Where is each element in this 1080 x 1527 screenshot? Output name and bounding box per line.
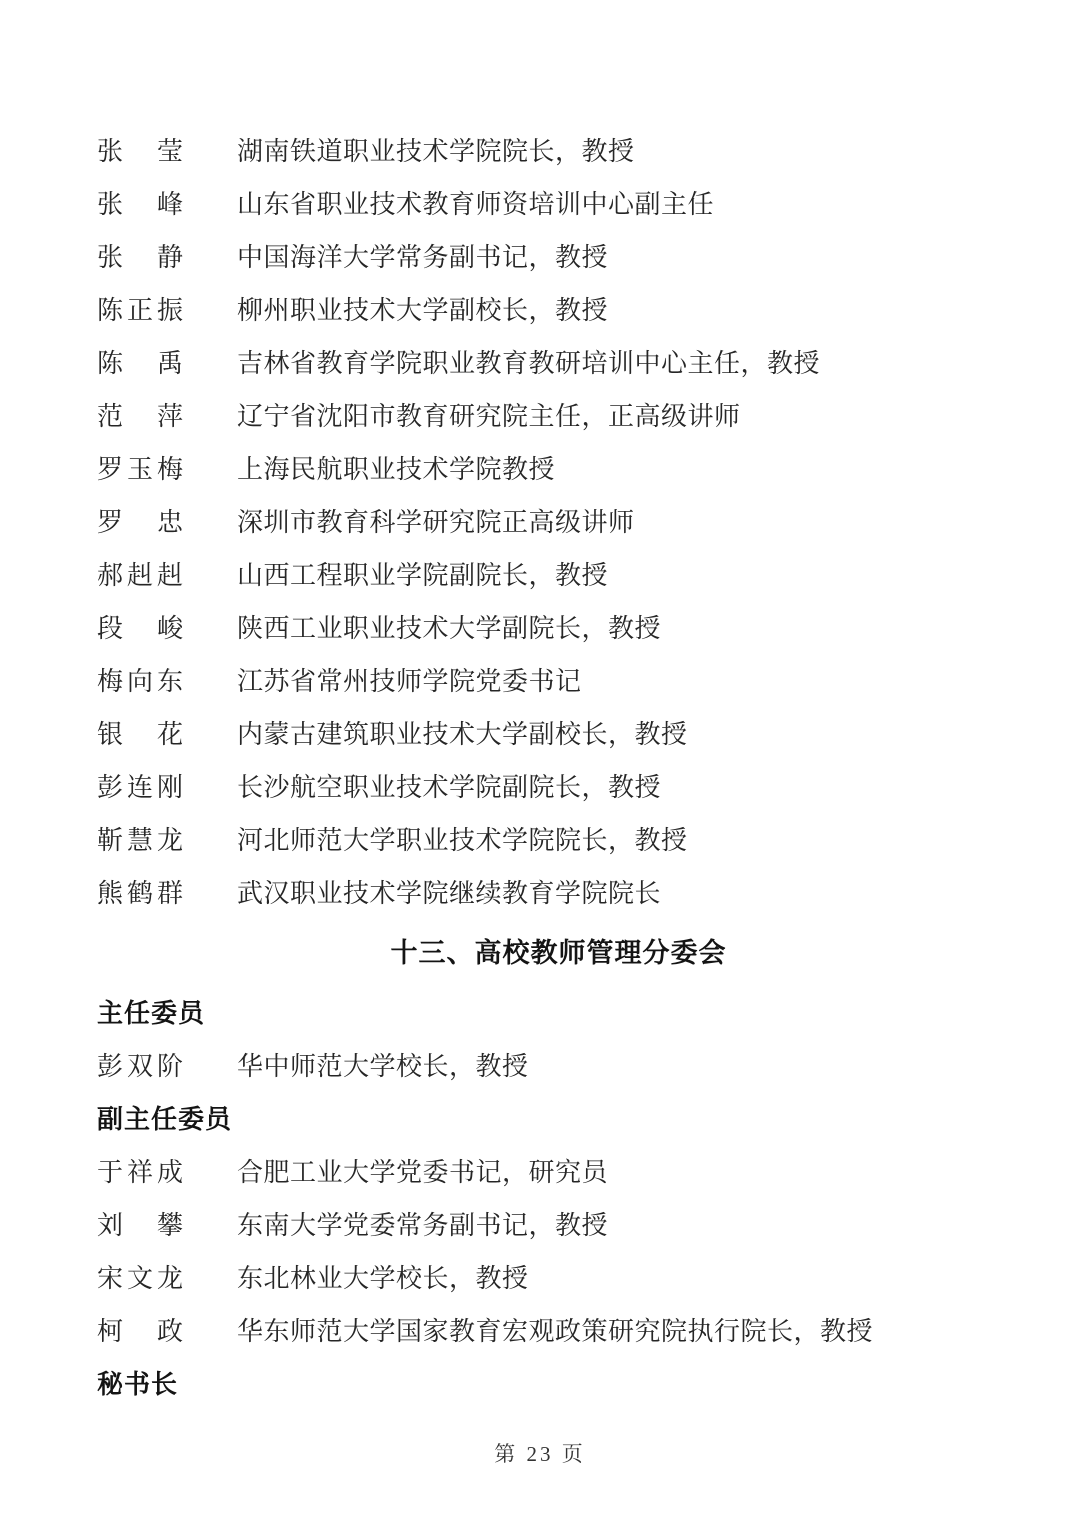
page-number: 第 23 页 — [0, 1438, 1080, 1468]
member-row: 罗 忠 深圳市教育科学研究院正高级讲师 — [97, 494, 1020, 547]
member-row: 靳慧龙 河北师范大学职业技术学院院长，教授 — [97, 812, 1020, 865]
member-row: 彭连刚 长沙航空职业技术学院副院长，教授 — [97, 759, 1020, 812]
group-heading-row: 秘书长 — [97, 1356, 1020, 1409]
member-name: 张 静 — [97, 237, 183, 274]
member-title: 合肥工业大学党委书记，研究员 — [237, 1152, 608, 1189]
member-title: 武汉职业技术学院继续教育学院院长 — [237, 873, 661, 910]
group-heading-row: 主任委员 — [97, 985, 1020, 1038]
member-title: 江苏省常州技师学院党委书记 — [237, 661, 582, 698]
member-title: 湖南铁道职业技术学院院长，教授 — [237, 131, 635, 168]
member-name: 罗玉梅 — [97, 449, 183, 486]
member-name: 彭双阶 — [97, 1046, 183, 1083]
continued-member-list: 张 莹 湖南铁道职业技术学院院长，教授 张 峰 山东省职业技术教育师资培训中心副… — [97, 123, 1020, 918]
member-title: 山西工程职业学院副院长，教授 — [237, 555, 608, 592]
section-title-row: 十三、高校教师管理分委会 — [97, 924, 1020, 977]
member-title: 华中师范大学校长，教授 — [237, 1046, 529, 1083]
member-name: 熊鹤群 — [97, 873, 183, 910]
member-row: 陈 禹 吉林省教育学院职业教育教研培训中心主任，教授 — [97, 335, 1020, 388]
member-title: 中国海洋大学常务副书记，教授 — [237, 237, 608, 274]
committee-group: 秘书长 — [97, 1356, 1020, 1409]
member-row: 柯 政 华东师范大学国家教育宏观政策研究院执行院长，教授 — [97, 1303, 1020, 1356]
committee-group: 主任委员 彭双阶 华中师范大学校长，教授 — [97, 985, 1020, 1091]
member-title: 陕西工业职业技术大学副院长，教授 — [237, 608, 661, 645]
member-row: 张 莹 湖南铁道职业技术学院院长，教授 — [97, 123, 1020, 176]
member-title: 山东省职业技术教育师资培训中心副主任 — [237, 184, 714, 221]
group-heading-row: 副主任委员 — [97, 1091, 1020, 1144]
group-heading: 主任委员 — [97, 993, 205, 1030]
member-row: 彭双阶 华中师范大学校长，教授 — [97, 1038, 1020, 1091]
member-row: 陈正振 柳州职业技术大学副校长，教授 — [97, 282, 1020, 335]
committee-group: 副主任委员 于祥成 合肥工业大学党委书记，研究员 刘 攀 东南大学党委常务副书记… — [97, 1091, 1020, 1356]
member-name: 范 萍 — [97, 396, 183, 433]
member-title: 吉林省教育学院职业教育教研培训中心主任，教授 — [237, 343, 820, 380]
member-title: 辽宁省沈阳市教育研究院主任，正高级讲师 — [237, 396, 741, 433]
member-title: 上海民航职业技术学院教授 — [237, 449, 555, 486]
member-row: 熊鹤群 武汉职业技术学院继续教育学院院长 — [97, 865, 1020, 918]
member-name: 郝赳赳 — [97, 555, 183, 592]
section-groups: 主任委员 彭双阶 华中师范大学校长，教授 副主任委员 于祥成 合肥工业大学党委书… — [97, 985, 1020, 1409]
document-page: 张 莹 湖南铁道职业技术学院院长，教授 张 峰 山东省职业技术教育师资培训中心副… — [0, 0, 1080, 1527]
member-row: 梅向东 江苏省常州技师学院党委书记 — [97, 653, 1020, 706]
member-name: 张 峰 — [97, 184, 183, 221]
member-title: 河北师范大学职业技术学院院长，教授 — [237, 820, 688, 857]
member-name: 陈 禹 — [97, 343, 183, 380]
member-name: 于祥成 — [97, 1152, 183, 1189]
member-name: 银 花 — [97, 714, 183, 751]
member-name: 段 峻 — [97, 608, 183, 645]
section-title: 十三、高校教师管理分委会 — [391, 931, 727, 970]
member-title: 内蒙古建筑职业技术大学副校长，教授 — [237, 714, 688, 751]
member-name: 刘 攀 — [97, 1205, 183, 1242]
member-row: 宋文龙 东北林业大学校长，教授 — [97, 1250, 1020, 1303]
member-title: 深圳市教育科学研究院正高级讲师 — [237, 502, 635, 539]
member-name: 罗 忠 — [97, 502, 183, 539]
member-name: 靳慧龙 — [97, 820, 183, 857]
member-name: 梅向东 — [97, 661, 183, 698]
group-heading: 秘书长 — [97, 1364, 178, 1401]
member-title: 柳州职业技术大学副校长，教授 — [237, 290, 608, 327]
member-row: 刘 攀 东南大学党委常务副书记，教授 — [97, 1197, 1020, 1250]
member-name: 张 莹 — [97, 131, 183, 168]
member-title: 长沙航空职业技术学院副院长，教授 — [237, 767, 661, 804]
member-name: 柯 政 — [97, 1311, 183, 1348]
member-name: 宋文龙 — [97, 1258, 183, 1295]
member-title: 华东师范大学国家教育宏观政策研究院执行院长，教授 — [237, 1311, 873, 1348]
member-row: 郝赳赳 山西工程职业学院副院长，教授 — [97, 547, 1020, 600]
member-name: 彭连刚 — [97, 767, 183, 804]
member-title: 东南大学党委常务副书记，教授 — [237, 1205, 608, 1242]
member-row: 银 花 内蒙古建筑职业技术大学副校长，教授 — [97, 706, 1020, 759]
group-heading: 副主任委员 — [97, 1099, 232, 1136]
member-row: 罗玉梅 上海民航职业技术学院教授 — [97, 441, 1020, 494]
member-row: 范 萍 辽宁省沈阳市教育研究院主任，正高级讲师 — [97, 388, 1020, 441]
member-row: 张 静 中国海洋大学常务副书记，教授 — [97, 229, 1020, 282]
member-row: 于祥成 合肥工业大学党委书记，研究员 — [97, 1144, 1020, 1197]
member-name: 陈正振 — [97, 290, 183, 327]
member-title: 东北林业大学校长，教授 — [237, 1258, 529, 1295]
member-row: 张 峰 山东省职业技术教育师资培训中心副主任 — [97, 176, 1020, 229]
member-row: 段 峻 陕西工业职业技术大学副院长，教授 — [97, 600, 1020, 653]
